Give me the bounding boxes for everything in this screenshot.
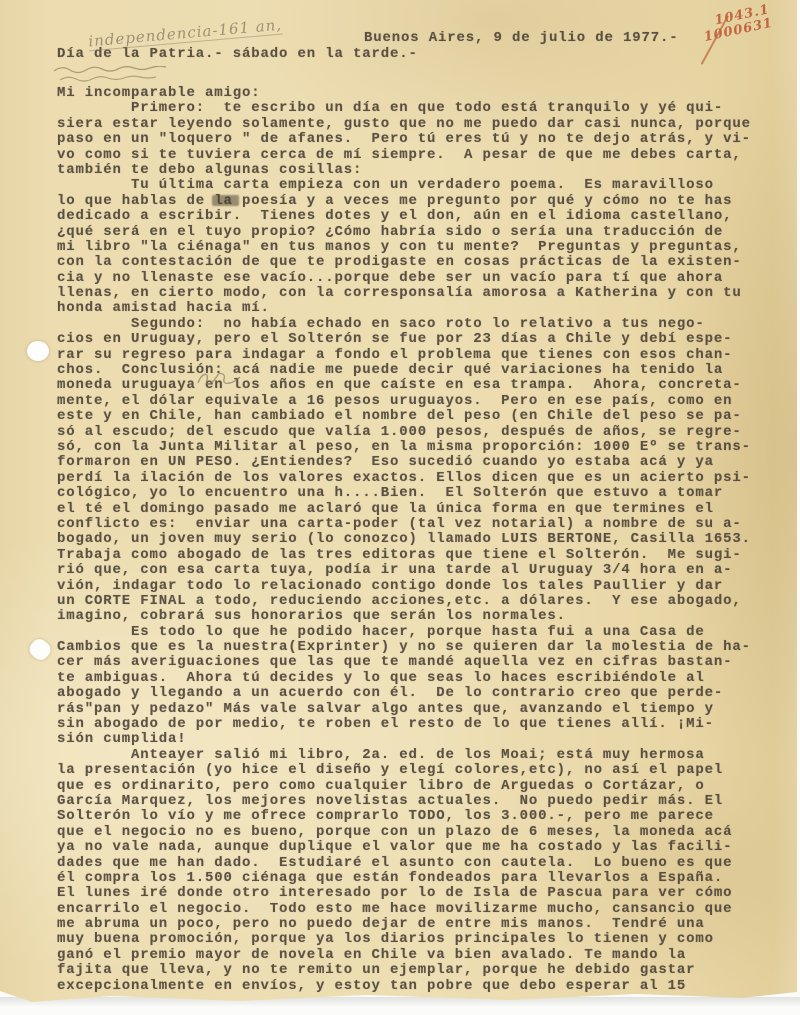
- letter-line: cia y no llenaste ese vacío...porque deb…: [57, 271, 777, 286]
- letter-line: formaron en UN PESO. ¿Entiendes? Eso suc…: [57, 455, 777, 470]
- letter-line: siera estar leyendo solamente, gusto que…: [57, 117, 777, 132]
- letter-line: él compra los 1.500 ciénaga que están fo…: [57, 871, 777, 886]
- letter-line: rás"pan y pedazo" Más vale salvar algo a…: [57, 702, 777, 717]
- letter-line: moneda uruguaya en los años en que caíst…: [57, 378, 777, 393]
- subject-line: Día de la Patria.- sábado en la tarde.-: [57, 46, 777, 62]
- letter-line: excepcionalmente en envíos, y estoy tan …: [57, 979, 777, 994]
- letter-body: Primero: te escribo un día en que todo e…: [57, 101, 777, 994]
- letter-line: encarrilo el negocio. Todo esto me hace …: [57, 902, 777, 917]
- letter-line: que el negocio no es bueno, porque con u…: [57, 825, 777, 840]
- letter-line: muy buena promoción, porque ya los diari…: [57, 932, 777, 947]
- letter-line: Tu última carta empieza con un verdadero…: [57, 178, 777, 193]
- pencil-underline-icon: [52, 66, 192, 86]
- letter-line: Anteayer salió mi libro, 2a. ed. de los …: [57, 748, 777, 763]
- letter-line: mente, el dólar equivale a 16 pesos urug…: [57, 394, 777, 409]
- letter-line: rió que, con esa carta tuya, podía ir un…: [57, 563, 777, 578]
- letter-line: dedicado a escribir. Tienes dotes y el d…: [57, 209, 777, 224]
- pencil-scribble-icon: [196, 369, 244, 389]
- ink-smudge: [212, 195, 239, 206]
- letter-line: bogado, un joven muy serio (lo conozco) …: [57, 532, 777, 547]
- letter-line: sión cumplida!: [57, 732, 777, 747]
- letter-line: Segundo: no había echado en saco roto lo…: [57, 317, 777, 332]
- letter-line: cios en Uruguay, pero el Solterón se fue…: [57, 332, 777, 347]
- letter-line: El lunes iré donde otro interesado por l…: [57, 886, 777, 901]
- letter-line: con la contestación de que te prodigaste…: [57, 255, 777, 270]
- letter-line: la presentación (yo hice el diseño y ele…: [57, 763, 777, 778]
- letter-line: te ambiguas. Ahora tú decides y lo que s…: [57, 671, 777, 686]
- letter-line: vo como si te tuviera cerca de mí siempr…: [57, 148, 777, 163]
- letter-line: que es ordinarito, pero como cualquier l…: [57, 779, 777, 794]
- letter-line: un CORTE FINAL a todo, reduciendo accion…: [57, 594, 777, 609]
- letter-line: fajita que lleva, y no te remito un ejem…: [57, 963, 777, 978]
- letter-line: honda amistad hacia mí.: [57, 301, 777, 316]
- letter-line: dades que me han dado. Estudiaré el asun…: [57, 856, 777, 871]
- letter-line: abogado y llegando a un acuerdo con él. …: [57, 686, 777, 701]
- letter-line: ganó el premio mayor de novela en Chile …: [57, 948, 777, 963]
- letter-line: paso en un "loquero " de afanes. Pero tú…: [57, 132, 777, 147]
- letter-line: este y en Chile, han cambiado el nombre …: [57, 409, 777, 424]
- letter-page: independencia-161 an, 1043.1 1000631 Bue…: [0, 0, 797, 1002]
- letter-line: só al escudo; del escudo que valía 1.000…: [57, 425, 777, 440]
- letter-line: mi libro "la ciénaga" en tus manos y con…: [57, 240, 777, 255]
- letter-line: Es todo lo que he podido hacer, porque h…: [57, 625, 777, 640]
- letter-line: imagino, cobrará sus honorarios que será…: [57, 609, 777, 624]
- letter-line: ¿qué será en el tuyo propio? ¿Cómo habrí…: [57, 225, 777, 240]
- letter-line: rar su regreso para indagar a fondo el p…: [57, 348, 777, 363]
- letter-text: Buenos Aires, 9 de julio de 1977.- Día d…: [57, 30, 777, 994]
- letter-line: Trabaja como abogado de las tres editora…: [57, 548, 777, 563]
- letter-line: el té el domingo pasado me aclaró que la…: [57, 502, 777, 517]
- letter-line: Solterón lo vío y me ofrece comprarlo TO…: [57, 809, 777, 824]
- letter-line: cológico, yo lo encuentro una h....Bien.…: [57, 486, 777, 501]
- hole-punch-bottom: [26, 636, 54, 663]
- letter-line: lo que hablas de la poesía y a veces me …: [57, 194, 777, 209]
- scanned-letter-screenshot: { "document": { "annotations": { "top_le…: [0, 0, 800, 1015]
- letter-line: cer más averiguaciones que las que te ma…: [57, 655, 777, 670]
- hole-punch-top: [27, 341, 49, 361]
- letter-line: ya no vale nada, aunque duplique el valo…: [57, 840, 777, 855]
- letter-line: Primero: te escribo un día en que todo e…: [57, 101, 777, 116]
- letter-line: vión, indagar todo lo relacionado contig…: [57, 579, 777, 594]
- letter-line: perdí la ilación de los valores exactos.…: [57, 471, 777, 486]
- red-pencil-stroke-icon: [689, 14, 744, 69]
